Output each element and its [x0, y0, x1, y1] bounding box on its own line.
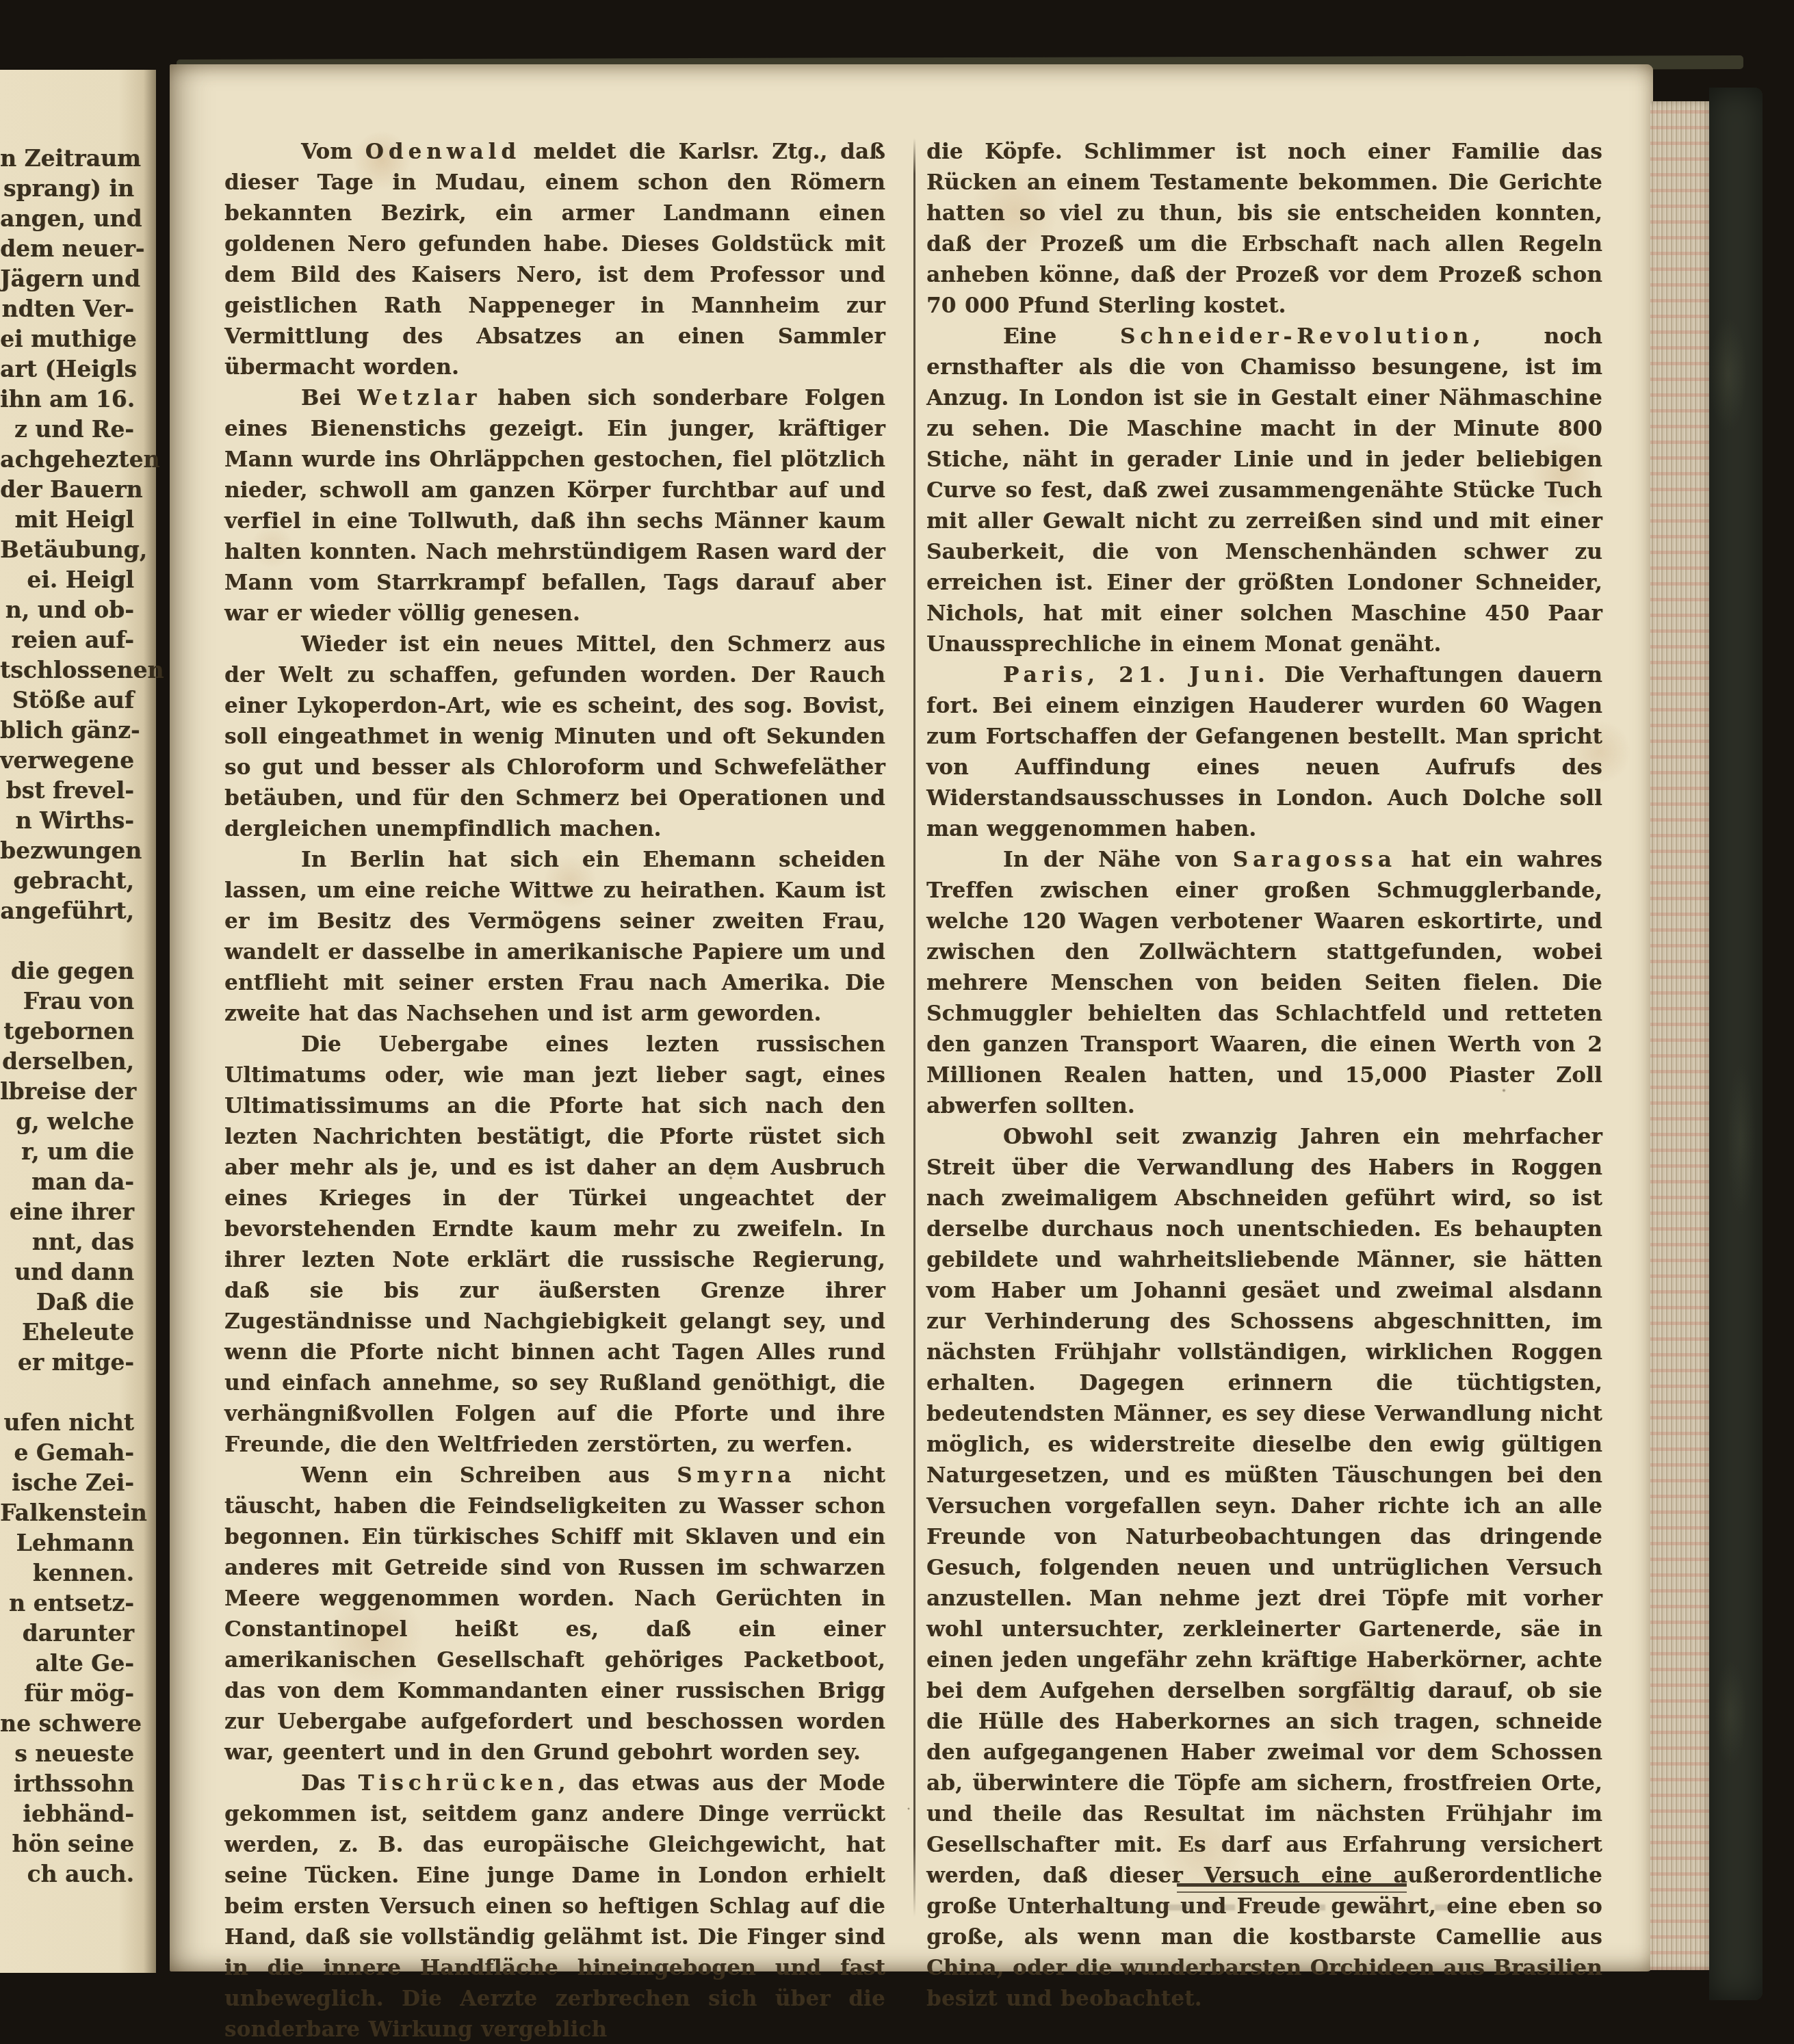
paragraph-text: Obwohl seit zwanzig Jahren ein mehrfache…	[926, 1125, 1602, 2011]
fragment-line: und dann	[0, 1257, 134, 1287]
fragment-line: iebhänd-	[0, 1799, 134, 1829]
fragment-line: Betäubung,	[0, 535, 134, 565]
column-divider-rule	[913, 138, 915, 1917]
fragment-line: hön seine	[0, 1829, 134, 1859]
fragment-line: ihn am 16.	[0, 384, 134, 415]
fragment-line: art (Heigls	[0, 354, 134, 384]
fragment-line: ufen nicht	[0, 1408, 134, 1438]
left-page-fragment-text: n Zeitraumsprang) inangen, unddem neuer-…	[0, 144, 134, 1889]
fragment-line: er mitge-	[0, 1348, 134, 1378]
fragment-line	[0, 1378, 134, 1408]
fragment-line: verwegene	[0, 746, 134, 776]
text-column-right: die Köpfe. Schlimmer ist noch einer Fami…	[926, 137, 1602, 2015]
fragment-line: n entsetz-	[0, 1588, 134, 1619]
text-column-left: Vom Odenwald meldet die Karlsr. Ztg., da…	[224, 137, 885, 2044]
paragraph-emphasis: Saragossa	[1233, 848, 1396, 872]
paragraph-lead: Eine	[1003, 324, 1120, 349]
fragment-line	[0, 926, 134, 956]
fragment-line: ei muthige	[0, 324, 134, 354]
fragment-line: irthssohn	[0, 1769, 134, 1799]
book-cover-edge	[1709, 88, 1763, 2000]
paragraph: Die Uebergabe eines lezten russischen Ul…	[224, 1030, 885, 1460]
fragment-line: lbreise der	[0, 1077, 134, 1107]
fragment-line: derselben,	[0, 1047, 134, 1077]
paragraph: In Berlin hat sich ein Ehemann scheiden …	[224, 845, 885, 1030]
fragment-line: g, welche	[0, 1107, 134, 1137]
paragraph: Das Tischrücken, das etwas aus der Mode …	[224, 1768, 885, 2044]
fragment-line: ische Zei-	[0, 1468, 134, 1498]
paragraph: Eine Schneider-Revolution, noch ernsthaf…	[926, 322, 1602, 660]
paragraph: In der Nähe von Saragossa hat ein wahres…	[926, 845, 1602, 1122]
newspaper-page: Vom Odenwald meldet die Karlsr. Ztg., da…	[170, 64, 1653, 1971]
book-fore-edge	[1650, 101, 1713, 1970]
fragment-line: blich gänz-	[0, 716, 134, 746]
fragment-line: gebracht,	[0, 866, 134, 896]
book-scan: n Zeitraumsprang) inangen, unddem neuer-…	[0, 0, 1794, 2044]
fragment-line: ei. Heigl	[0, 565, 134, 595]
paragraph-emphasis: Tischrücken	[358, 1771, 558, 1796]
paragraph-lead: Wenn ein Schreiben aus	[301, 1463, 677, 1488]
fragment-line: man da-	[0, 1167, 134, 1197]
paragraph: Bei Wetzlar haben sich sonderbare Folgen…	[224, 383, 885, 629]
fragment-line: n Zeitraum	[0, 144, 134, 174]
paragraph-emphasis: Wetzlar	[357, 386, 481, 410]
fragment-line: Daß die	[0, 1287, 134, 1318]
fragment-line: mit Heigl	[0, 505, 134, 535]
fragment-line: tschlossenen	[0, 655, 134, 685]
ink-showthrough	[1028, 1904, 1473, 1911]
paragraph-text: nicht täuscht, haben die Feindseligkeite…	[224, 1463, 885, 1765]
paragraph: die Köpfe. Schlimmer ist noch einer Fami…	[926, 137, 1602, 322]
paragraph-lead: Bei	[301, 386, 357, 410]
fragment-line: bezwungen	[0, 836, 134, 866]
paragraph-lead: Vom	[301, 140, 365, 164]
fragment-line: angen, und	[0, 204, 134, 234]
paragraph: Wenn ein Schreiben aus Smyrna nicht täus…	[224, 1460, 885, 1768]
fragment-line: Frau von	[0, 986, 134, 1017]
paragraph: Obwohl seit zwanzig Jahren ein mehrfache…	[926, 1122, 1602, 2015]
fragment-line: alte Ge-	[0, 1649, 134, 1679]
fragment-line: angeführt,	[0, 896, 134, 926]
fragment-line: reien auf-	[0, 625, 134, 655]
fragment-line: Falkenstein	[0, 1498, 134, 1528]
paragraph-emphasis: Paris, 21. Juni.	[1003, 663, 1270, 687]
paragraph: Vom Odenwald meldet die Karlsr. Ztg., da…	[224, 137, 885, 383]
fragment-line: z und Re-	[0, 415, 134, 445]
fragment-line: eine ihrer	[0, 1197, 134, 1227]
paragraph-emphasis: Odenwald	[365, 140, 521, 164]
fragment-line: r, um die	[0, 1137, 134, 1167]
paragraph-lead: In der Nähe von	[1003, 848, 1233, 872]
fragment-line: darunter	[0, 1619, 134, 1649]
paragraph-text: In Berlin hat sich ein Ehemann scheiden …	[224, 848, 885, 1026]
fragment-line: achgehezten	[0, 445, 134, 475]
fragment-line: n, und ob-	[0, 595, 134, 625]
fragment-line: ne schwere	[0, 1709, 134, 1739]
fragment-line: Stöße auf	[0, 685, 134, 716]
fragment-line: bst frevel-	[0, 776, 134, 806]
fragment-line: der Bauern	[0, 475, 134, 505]
fragment-line: Jägern und	[0, 264, 134, 294]
fragment-line: kennen.	[0, 1558, 134, 1588]
fragment-line: ndten Ver-	[0, 294, 134, 324]
fragment-line: e Gemah-	[0, 1438, 134, 1468]
fragment-line: sprang) in	[0, 174, 134, 204]
paragraph-text: hat ein wahres Treffen zwischen einer gr…	[926, 848, 1602, 1118]
fragment-line: tgebornen	[0, 1017, 134, 1047]
fragment-line: ch auch.	[0, 1859, 134, 1889]
fragment-line: s neueste	[0, 1739, 134, 1769]
fragment-line: Eheleute	[0, 1318, 134, 1348]
paragraph-lead: Das	[301, 1771, 358, 1796]
paragraph-text: Die Uebergabe eines lezten russischen Ul…	[224, 1032, 885, 1457]
section-divider	[1177, 1883, 1407, 1893]
fragment-line: n Wirths-	[0, 806, 134, 836]
fragment-line: dem neuer-	[0, 234, 134, 264]
previous-page-sliver: n Zeitraumsprang) inangen, unddem neuer-…	[0, 70, 156, 1973]
paragraph-emphasis: Smyrna	[677, 1463, 796, 1488]
paragraph: Paris, 21. Juni. Die Verhaftungen dauern…	[926, 660, 1602, 845]
fragment-line: Lehmann	[0, 1528, 134, 1558]
fragment-line: die gegen	[0, 956, 134, 986]
fragment-line: nnt, das	[0, 1227, 134, 1257]
paragraph-text: , das etwas aus der Mode gekommen ist, s…	[224, 1771, 885, 2042]
paragraph-text: haben sich sonderbare Folgen eines Biene…	[224, 386, 885, 626]
paragraph-text: meldet die Karlsr. Ztg., daß dieser Tage…	[224, 140, 885, 380]
fragment-line: für mög-	[0, 1679, 134, 1709]
paragraph-text: Wieder ist ein neues Mittel, den Schmerz…	[224, 632, 885, 841]
paragraph-emphasis: Schneider-Revolution	[1120, 324, 1473, 349]
paragraph: Wieder ist ein neues Mittel, den Schmerz…	[224, 629, 885, 845]
paragraph-text: , noch ernsthafter als die von Chamisso …	[926, 324, 1602, 657]
paragraph-text: Die Verhaftungen dauern fort. Bei einem …	[926, 663, 1602, 841]
paragraph-text: die Köpfe. Schlimmer ist noch einer Fami…	[926, 140, 1602, 318]
